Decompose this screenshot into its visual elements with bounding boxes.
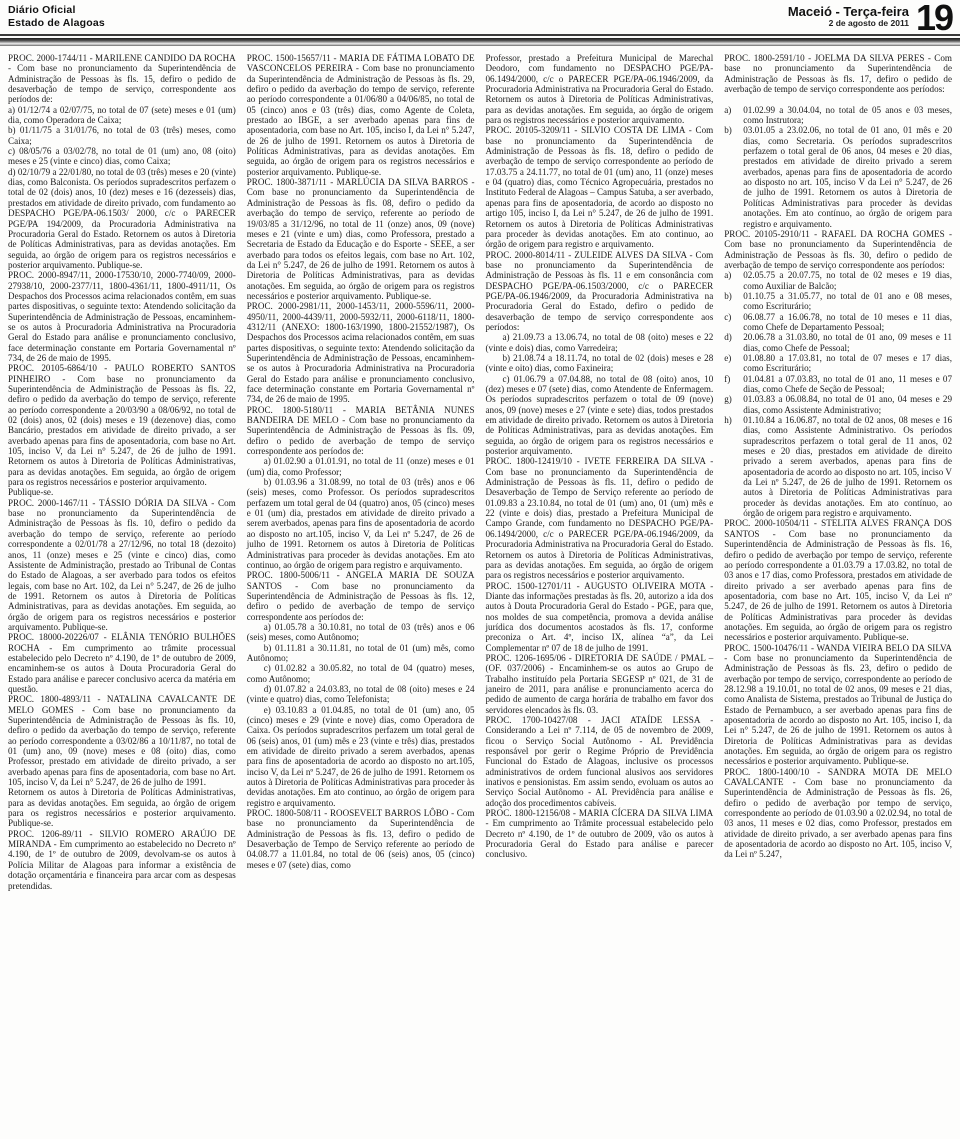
process-entry: PROC. 2000-2981/11, 2000-1453/11, 2000-5…	[247, 301, 475, 404]
item-label: b)	[724, 291, 732, 301]
gazette-brand-line1: Diário Oficial	[8, 4, 105, 17]
process-entry: PROC. 1800-4893/11 - NATALINA CAVALCANTE…	[8, 694, 236, 787]
item-label: a)	[724, 105, 731, 115]
item-label: e)	[724, 353, 731, 363]
process-entry: PROC. 1800-508/11 - ROOSEVELT BARROS LÔB…	[247, 808, 475, 870]
paragraph: e)01.08.80 a 17.03.81, no total de 07 me…	[724, 353, 952, 374]
paragraph: Retornem os autos à Diretoria de Polític…	[8, 787, 236, 828]
paragraph: c) 08/05/76 a 03/02/78, no total de 01 (…	[8, 146, 236, 167]
process-entry: PROC. 20105-6864/10 - PAULO ROBERTO SANT…	[8, 363, 236, 487]
city-date: Maceió - Terça-feira 2 de agosto de 2011	[788, 4, 909, 28]
item-label: d)	[724, 332, 732, 342]
gazette-brand-line2: Estado de Alagoas	[8, 17, 105, 30]
paragraph: Publique-se.	[8, 487, 236, 497]
header-rule	[0, 34, 960, 46]
item-label: c)	[724, 312, 731, 322]
paragraph	[724, 94, 952, 104]
column-2: PROC. 1500-15657/11 - MARIA DE FÁTIMA LO…	[247, 53, 475, 891]
column-1: PROC. 2000-1744/11 - MARILENE CANDIDO DA…	[8, 53, 236, 891]
page-header: Diário Oficial Estado de Alagoas Maceió …	[0, 0, 960, 31]
process-entry: PROC. 1800-12156/08 - MARIA CÍCERA DA SI…	[486, 808, 714, 860]
paragraph: f)01.04.81 a 07.03.83, no total de 01 an…	[724, 374, 952, 395]
paragraph: d)20.06.78 a 31.03.80, no total de 01 an…	[724, 332, 952, 353]
page-number: 19	[916, 4, 952, 31]
paragraph: b) 01.03.96 a 31.08.99, no total de 03 (…	[247, 477, 475, 570]
process-entry: PROC. 2000-1744/11 - MARILENE CANDIDO DA…	[8, 53, 236, 105]
paragraph: a) 01/12/74 a 02/07/75, no total de 07 (…	[8, 105, 236, 126]
paragraph: c) 01.06.79 a 07.04.88, no total de 08 (…	[486, 374, 714, 457]
process-entry: PROC. 2000-8947/11, 2000-17530/10, 2000-…	[8, 270, 236, 363]
gazette-page: { "header": { "brand_line1": "Diário Ofi…	[0, 0, 960, 1139]
paragraph: e) 03.10.83 a 01.04.85, no total de 01 (…	[247, 705, 475, 808]
paragraph: a) 21.09.73 a 13.06.74, no total de 08 (…	[486, 332, 714, 353]
header-rule-thin	[0, 34, 960, 36]
paragraph: c)06.08.77 a 16.06.78, no total de 10 me…	[724, 312, 952, 333]
paragraph: b)03.01.05 a 23.02.06, no total de 01 an…	[724, 125, 952, 228]
item-label: b)	[724, 125, 732, 135]
process-entry: PROC. 1800-1400/10 - SANDRA MOTA DE MELO…	[724, 767, 952, 860]
column-4: PROC. 1800-2591/10 - JOELMA DA SILVA PER…	[724, 53, 952, 891]
process-entry: PROC. 2000-1467/11 - TÁSSIO DÓRIA DA SIL…	[8, 498, 236, 632]
paragraph: a) 01.02.90 a 01.01.91, no total de 11 (…	[247, 456, 475, 477]
process-entry: PROC. 2000-10504/11 - STELITA ALVES FRAN…	[724, 518, 952, 642]
paragraph: b) 01.11.81 a 30.11.81, no total de 01 (…	[247, 643, 475, 664]
process-entry: PROC. 1800-12419/10 - IVETE FERREIRA DA …	[486, 456, 714, 580]
paragraph: g)01.03.83 a 06.08.84, no total de 01 an…	[724, 394, 952, 415]
paragraph: b)01.10.75 a 31.05.77, no total de 01 an…	[724, 291, 952, 312]
process-entry: PROC. 1800-5006/11 - ANGELA MARIA DE SOU…	[247, 570, 475, 622]
paragraph: d) 02/10/79 a 22/01/80, no total de 03 (…	[8, 167, 236, 270]
process-entry: PROC. 20105-3209/11 - SILVIO COSTA DE LI…	[486, 125, 714, 249]
columns: PROC. 2000-1744/11 - MARILENE CANDIDO DA…	[0, 46, 960, 891]
process-entry: PROC. 1800-5180/11 - MARIA BETÂNIA NUNES…	[247, 405, 475, 457]
paragraph: h)01.10.84 a 16.06.87, no total de 02 an…	[724, 415, 952, 518]
process-entry: PROC. 1500-15657/11 - MARIA DE FÁTIMA LO…	[247, 53, 475, 177]
process-entry: PROC. 1500-10476/11 - WANDA VIEIRA BELO …	[724, 643, 952, 767]
paragraph: c) 01.02.82 a 30.05.82, no total de 04 (…	[247, 663, 475, 684]
header-right: Maceió - Terça-feira 2 de agosto de 2011…	[788, 4, 952, 31]
column-3: Professor, prestado a Prefeitura Municip…	[486, 53, 714, 891]
process-entry: PROC. 1206-1695/06 - DIRETORIA DE SAÚDE …	[486, 653, 714, 715]
paragraph: b) 21.08.74 a 18.11.74, no total de 02 (…	[486, 353, 714, 374]
process-entry: PROC. 1500-12701/11 - AUGUSTO OLIVEIRA M…	[486, 581, 714, 653]
paragraph: a) 01.05.78 a 30.10.81, no total de 03 (…	[247, 622, 475, 643]
item-label: a)	[724, 270, 731, 280]
process-entry: PROC. 1700-10427/08 - JACI ATAÍDE LESSA …	[486, 715, 714, 808]
process-entry: PROC. 20105-2910/11 - RAFAEL DA ROCHA GO…	[724, 229, 952, 270]
process-entry: PROC. 1800-2591/10 - JOELMA DA SILVA PER…	[724, 53, 952, 94]
paragraph: a)02.05.75 a 20.07.75, no total de 02 me…	[724, 270, 952, 291]
process-entry: PROC. 18000-20226/07 - ELÂNIA TENÓRIO BU…	[8, 632, 236, 694]
process-entry: PROC. 1800-3871/11 - MARLÚCIA DA SILVA B…	[247, 177, 475, 301]
gazette-brand: Diário Oficial Estado de Alagoas	[8, 4, 105, 29]
city-day-label: Maceió - Terça-feira	[788, 5, 909, 18]
item-label: g)	[724, 394, 732, 404]
process-entry: PROC. 1206-89/11 - SILVIO ROMERO ARAÚJO …	[8, 829, 236, 891]
paragraph: Professor, prestado a Prefeitura Municip…	[486, 53, 714, 125]
edition-date: 2 de agosto de 2011	[788, 18, 909, 28]
paragraph: d) 01.07.82 a 24.03.83, no total de 08 (…	[247, 684, 475, 705]
paragraph: b) 01/11/75 a 31/01/76, no total de 03 (…	[8, 125, 236, 146]
header-rule-bar	[0, 38, 960, 46]
paragraph: a)01.02.99 a 30.04.04, no total de 05 an…	[724, 105, 952, 126]
item-label: h)	[724, 415, 732, 425]
item-label: f)	[724, 374, 730, 384]
process-entry: PROC. 2000-8014/11 - ZULEIDE ALVES DA SI…	[486, 250, 714, 333]
